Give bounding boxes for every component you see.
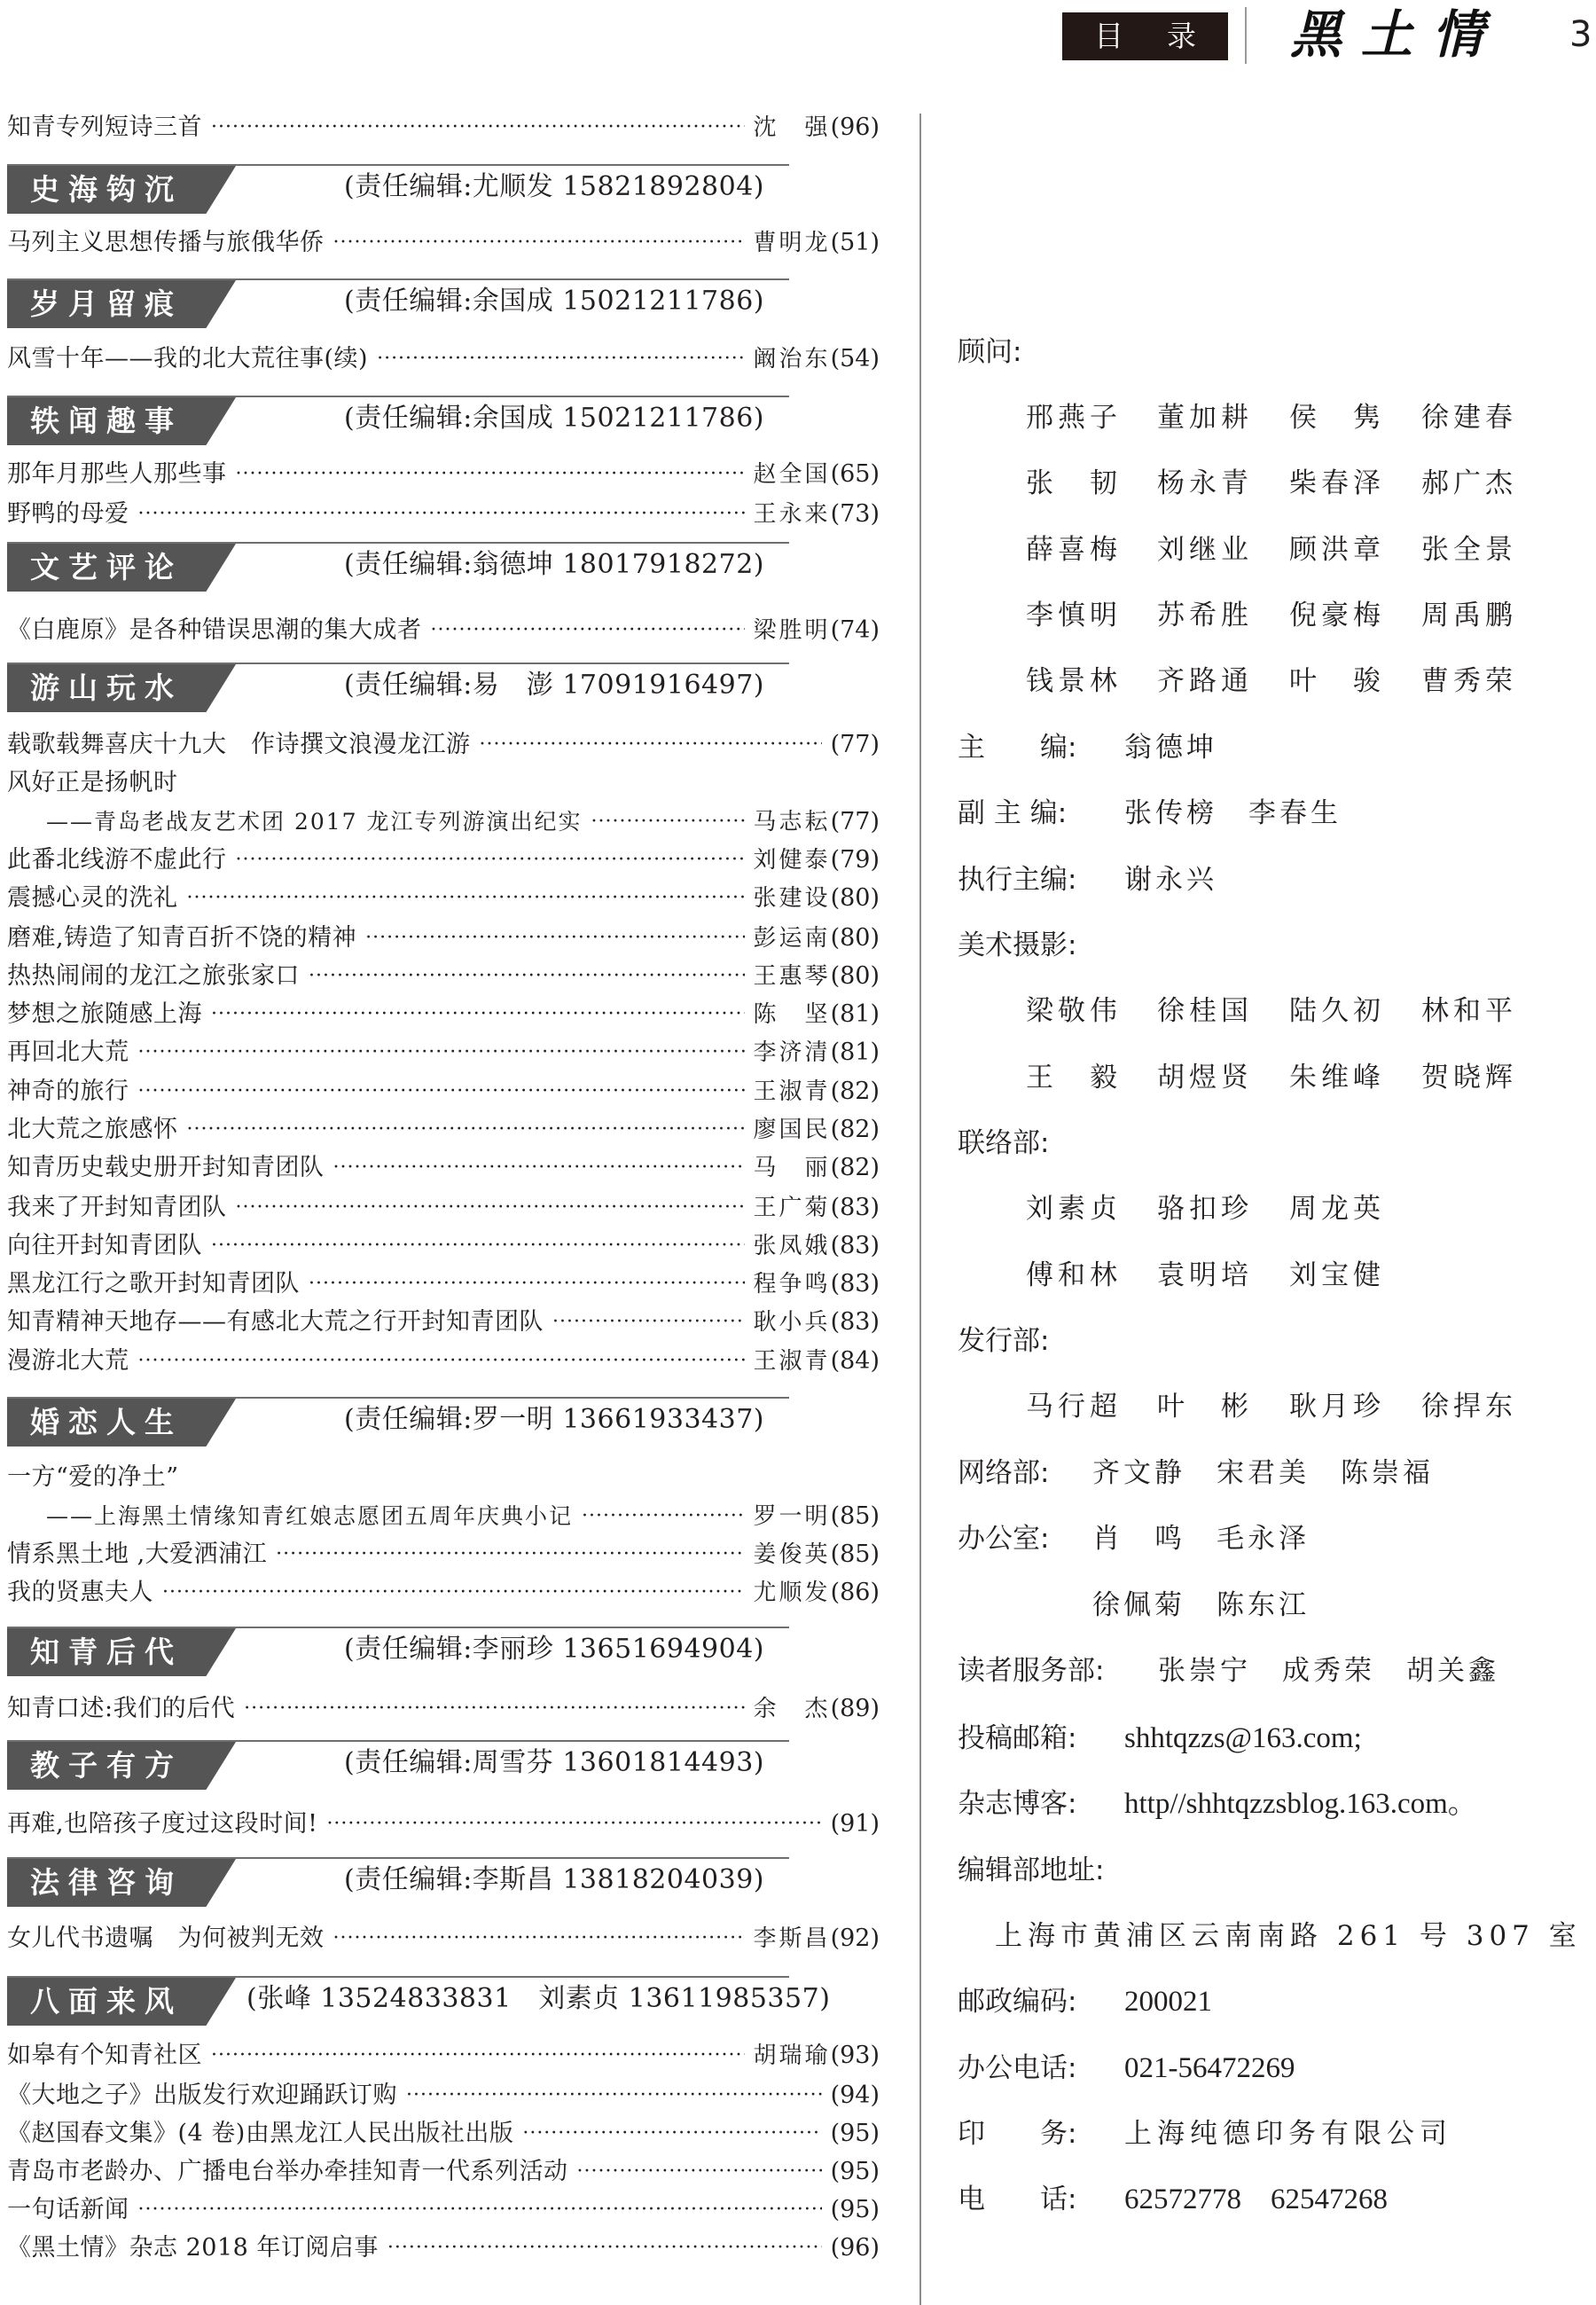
entry-author: 王淑青 (754, 1074, 831, 1109)
address-label: 编辑部地址: (958, 1851, 1104, 1890)
page-number: 3 (1569, 12, 1592, 57)
leader-dots (582, 1499, 745, 1534)
office-phone-label: 办公电话: (958, 2049, 1076, 2088)
section-header: 法律咨询 (7, 1859, 236, 1907)
leader-dots (211, 2038, 745, 2074)
submission-email-label: 投稿邮箱: (958, 1719, 1076, 1758)
reader-service-label: 读者服务部: (958, 1651, 1104, 1690)
section-rule (7, 542, 789, 544)
section-editor: (责任编辑:李丽珍 13651694904) (344, 1630, 764, 1669)
network-label: 网络部: (958, 1454, 1049, 1493)
entry-author: 彭运南 (754, 921, 831, 956)
leader-dots (591, 804, 745, 840)
entry-author: 陈 坚 (754, 997, 831, 1032)
art-photo-name: 王 毅 (1026, 1058, 1122, 1097)
entry-author: 赵全国 (754, 457, 831, 492)
entry-page: (95) (831, 2192, 880, 2228)
leader-dots (138, 2192, 822, 2228)
leader-dots (211, 1228, 745, 1264)
toc-entry[interactable]: 那年月那些人那些事赵全国(65) (7, 457, 880, 492)
section-rule (7, 1627, 789, 1628)
section-title: 教子有方 (30, 1747, 183, 1784)
toc-entry[interactable]: 一句话新闻(95) (7, 2192, 880, 2228)
entry-author: 马志耘 (754, 804, 831, 840)
entry-page: (80) (831, 921, 880, 956)
column-divider (919, 114, 921, 2305)
entry-page: (83) (831, 1266, 880, 1302)
toc-entry[interactable]: 神奇的旅行王淑青(82) (7, 1074, 880, 1109)
entry-page: (83) (831, 1190, 880, 1226)
section-title: 轶闻趣事 (30, 403, 183, 440)
advisor-name: 薛喜梅 (1026, 530, 1122, 569)
office-phone: 021-56472269 (1124, 2049, 1295, 2088)
advisors-label: 顾问: (958, 333, 1021, 372)
toc-entry[interactable]: 风好正是扬帆时 (7, 765, 880, 801)
art-photo-name: 胡煜贤 (1157, 1058, 1253, 1097)
entry-title: 《黑土情》杂志 2018 年订阅启事 (7, 2231, 379, 2266)
entry-author: 尤顺发 (754, 1575, 831, 1611)
leader-dots (552, 1305, 745, 1340)
leader-dots (138, 497, 745, 532)
liaison-name: 袁明培 (1157, 1256, 1253, 1295)
section-header: 八面来风 (7, 1978, 236, 2026)
entry-title: 神奇的旅行 (7, 1074, 129, 1109)
section-title: 岁月留痕 (30, 286, 183, 323)
entry-author: 罗一明 (754, 1499, 831, 1534)
toc-entry[interactable]: 漫游北大荒王淑青(84) (7, 1344, 880, 1379)
toc-entry[interactable]: 情系黑土地 ,大爱洒浦江姜俊英(85) (7, 1537, 880, 1572)
entry-author: 阚治东 (754, 341, 831, 377)
section-header: 文艺评论 (7, 544, 236, 592)
section-title: 婚恋人生 (30, 1404, 183, 1441)
advisor-name: 邢燕子 (1026, 398, 1122, 437)
section-header: 知青后代 (7, 1628, 236, 1676)
entry-page: (80) (831, 881, 880, 916)
entry-title: 风雪十年——我的北大荒往事(续) (7, 341, 368, 377)
entry-page: (73) (831, 497, 880, 532)
toc-entry[interactable]: 《大地之子》出版发行欢迎踊跃订购(94) (7, 2078, 880, 2113)
section-editor: (责任编辑:易 澎 17091916497) (344, 666, 764, 705)
leader-dots (162, 1575, 745, 1611)
entry-page: (81) (831, 997, 880, 1032)
section-rule (7, 1397, 789, 1399)
leader-dots (480, 727, 822, 763)
phone-label: 电 话: (958, 2180, 1076, 2219)
entry-page: (96) (831, 2231, 880, 2266)
toc-entry[interactable]: 磨难,铸造了知青百折不饶的精神彭运南(80) (7, 921, 880, 956)
entry-page: (96) (831, 110, 880, 145)
phone: 62572778 62547268 (1124, 2180, 1388, 2219)
entry-title: 风好正是扬帆时 (7, 765, 178, 801)
leader-dots (138, 1074, 745, 1109)
entry-page: (65) (831, 457, 880, 492)
toc-entry[interactable]: 向往开封知青团队张凤娥(83) (7, 1228, 880, 1264)
leader-dots (522, 2116, 821, 2152)
section-title: 游山玩水 (30, 670, 183, 707)
entry-title: 热热闹闹的龙江之旅张家口 (7, 959, 300, 994)
deputy-editors: 张传榜 李春生 (1124, 794, 1342, 833)
leader-dots (309, 959, 745, 994)
entry-page: (89) (831, 1691, 880, 1727)
toc-entry[interactable]: 女儿代书遗嘱 为何被判无效李斯昌(92) (7, 1921, 880, 1956)
toc-entry[interactable]: ——上海黑土情缘知青红娘志愿团五周年庆典小记罗一明(85) (7, 1499, 880, 1534)
advisor-name: 侯 隽 (1289, 398, 1385, 437)
advisor-name: 周禹鹏 (1421, 596, 1517, 635)
toc-entry[interactable]: 再回北大荒李济清(81) (7, 1035, 880, 1070)
section-rule (7, 1740, 789, 1742)
advisor-name: 张全景 (1421, 530, 1517, 569)
entry-page: (82) (831, 1150, 880, 1186)
leader-dots (333, 1921, 745, 1956)
entry-title: 《大地之子》出版发行欢迎踊跃订购 (7, 2078, 397, 2113)
toc-entry[interactable]: 再难,也陪孩子度过这段时间!(91) (7, 1807, 880, 1842)
entry-title: 黑龙江行之歌开封知青团队 (7, 1266, 300, 1302)
entry-author: 廖国民 (754, 1112, 831, 1148)
section-editor: (责任编辑:李斯昌 13818204039) (344, 1861, 764, 1900)
entry-author: 余 杰 (754, 1691, 831, 1727)
toc-entry[interactable]: 梦想之旅随感上海陈 坚(81) (7, 997, 880, 1032)
entry-title: 此番北线游不虚此行 (7, 843, 227, 878)
toc-entry[interactable]: 一方“爱的净土” (7, 1460, 880, 1495)
section-header: 岁月留痕 (7, 280, 236, 328)
liaison-name: 傅和林 (1026, 1256, 1122, 1295)
section-title: 文艺评论 (30, 549, 183, 586)
entry-page: (80) (831, 959, 880, 994)
section-editor: (责任编辑:余国成 15021211786) (344, 282, 764, 321)
entry-page: (84) (831, 1344, 880, 1379)
entry-page: (82) (831, 1112, 880, 1148)
liaison-name: 刘素贞 (1026, 1189, 1122, 1228)
network-names: 齐文静 宋君美 陈崇福 (1092, 1454, 1434, 1493)
submission-email[interactable]: shhtqzzs@163.com; (1124, 1719, 1362, 1758)
entry-page: (77) (831, 727, 880, 763)
entry-title: 漫游北大荒 (7, 1344, 129, 1379)
art-photo-name: 贺晓辉 (1421, 1058, 1517, 1097)
entry-title: 一句话新闻 (7, 2192, 129, 2228)
section-rule (7, 662, 789, 664)
header-divider (1245, 7, 1247, 64)
section-title: 八面来风 (30, 1983, 183, 2020)
toc-entry[interactable]: 载歌载舞喜庆十九大 作诗撰文浪漫龙江游(77) (7, 727, 880, 763)
entry-author: 王永来 (754, 497, 831, 532)
entry-author: 梁胜明 (754, 613, 831, 648)
entry-title: 女儿代书遗嘱 为何被判无效 (7, 1921, 325, 1956)
toc-entry[interactable]: 知青历史载史册开封知青团队马 丽(82) (7, 1150, 880, 1186)
office-label: 办公室: (958, 1519, 1049, 1558)
toc-entry[interactable]: 《赵国春文集》(4 卷)由黑龙江人民出版社出版(95) (7, 2116, 880, 2152)
liaison-name: 刘宝健 (1289, 1256, 1385, 1295)
leader-dots (377, 341, 744, 377)
advisor-name: 叶 骏 (1289, 662, 1385, 701)
entry-author: 姜俊英 (754, 1537, 831, 1572)
entry-page: (83) (831, 1228, 880, 1264)
section-editor: (责任编辑:尤顺发 15821892804) (344, 168, 764, 207)
leader-dots (431, 613, 745, 648)
section-header: 教子有方 (7, 1742, 236, 1790)
entry-title: 载歌载舞喜庆十九大 作诗撰文浪漫龙江游 (7, 727, 471, 763)
liaison-label: 联络部: (958, 1124, 1049, 1163)
entry-title: 再回北大荒 (7, 1035, 129, 1070)
section-editor: (责任编辑:周雪芬 13601814493) (344, 1744, 764, 1783)
entry-page: (91) (831, 1807, 880, 1842)
entry-author: 胡瑞瑜 (754, 2038, 831, 2074)
toc-entry[interactable]: 我来了开封知青团队王广菊(83) (7, 1190, 880, 1226)
toc-entry[interactable]: 热热闹闹的龙江之旅张家口王惠琴(80) (7, 959, 880, 994)
advisor-name: 曹秀荣 (1421, 662, 1517, 701)
office-names-2: 徐佩菊 陈东江 (1092, 1586, 1310, 1625)
entry-title: 知青专列短诗三首 (7, 110, 202, 145)
entry-title: ——上海黑土情缘知青红娘志愿团五周年庆典小记 (7, 1499, 573, 1534)
entry-title: 向往开封知青团队 (7, 1228, 202, 1264)
liaison-name: 周龙英 (1289, 1189, 1385, 1228)
entry-author: 王淑青 (754, 1344, 831, 1379)
section-title: 史海钩沉 (30, 171, 183, 208)
section-editor: (责任编辑:余国成 15021211786) (344, 399, 764, 438)
entry-page: (93) (831, 2038, 880, 2074)
entry-author: 马 丽 (754, 1150, 831, 1186)
advisor-name: 董加耕 (1157, 398, 1253, 437)
distribution-name: 马行超 (1026, 1387, 1122, 1426)
entry-page: (92) (831, 1921, 880, 1956)
toc-header-box: 目 录 (1062, 12, 1228, 60)
leader-dots (333, 1150, 745, 1186)
postcode: 200021 (1124, 1982, 1212, 2021)
toc-entry[interactable]: 风雪十年——我的北大荒往事(续)阚治东(54) (7, 341, 880, 377)
toc-header-char-1: 目 (1094, 20, 1123, 53)
art-photo-name: 徐桂国 (1157, 992, 1253, 1031)
section-editor: (张峰 13524833831 刘素贞 13611985357) (246, 1980, 830, 2019)
deputy-editor-label: 副 主 编: (958, 794, 1067, 833)
entry-author: 张凤娥 (754, 1228, 831, 1264)
address: 上海市黄浦区云南南路 261 号 307 室 (995, 1917, 1582, 1956)
section-title: 法律咨询 (30, 1864, 183, 1901)
entry-title: 《赵国春文集》(4 卷)由黑龙江人民出版社出版 (7, 2116, 513, 2152)
entry-page: (81) (831, 1035, 880, 1070)
leader-dots (577, 2154, 822, 2190)
entry-title: 再难,也陪孩子度过这段时间! (7, 1807, 317, 1842)
entry-title: 那年月那些人那些事 (7, 457, 227, 492)
blog-url[interactable]: http//shhtqzzsblog.163.com。 (1124, 1784, 1477, 1823)
section-header: 游山玩水 (7, 664, 236, 712)
leader-dots (236, 457, 745, 492)
section-header: 婚恋人生 (7, 1399, 236, 1447)
liaison-name: 骆扣珍 (1157, 1189, 1253, 1228)
entry-author: 曹明龙 (754, 225, 831, 261)
toc-entry[interactable]: 青岛市老龄办、广播电台举办牵挂知青一代系列活动(95) (7, 2154, 880, 2190)
leader-dots (187, 1112, 745, 1148)
entry-title: 知青精神天地存——有感北大荒之行开封知青团队 (7, 1305, 544, 1340)
leader-dots (236, 1190, 745, 1226)
entry-title: 如皋有个知青社区 (7, 2038, 202, 2074)
entry-author: 李斯昌 (754, 1921, 831, 1956)
section-rule (7, 1857, 789, 1859)
entry-page: (77) (831, 804, 880, 840)
entry-title: 知青历史载史册开封知青团队 (7, 1150, 325, 1186)
entry-page: (95) (831, 2154, 880, 2190)
leader-dots (138, 1344, 745, 1379)
entry-title: ——青岛老战友艺术团 2017 龙江专列游演出纪实 (7, 804, 583, 840)
section-editor: (责任编辑:罗一明 13661933437) (344, 1400, 764, 1439)
advisor-name: 倪豪梅 (1289, 596, 1385, 635)
distribution-label: 发行部: (958, 1321, 1049, 1360)
entry-title: 北大荒之旅感怀 (7, 1112, 178, 1148)
entry-title: 我的贤惠夫人 (7, 1575, 153, 1611)
toc-entry[interactable]: 《黑土情》杂志 2018 年订阅启事(96) (7, 2231, 880, 2266)
leader-dots (333, 225, 745, 261)
leader-dots (236, 843, 745, 878)
entry-author: 程争鸣 (754, 1266, 831, 1302)
entry-title: 青岛市老龄办、广播电台举办牵挂知青一代系列活动 (7, 2154, 568, 2190)
leader-dots (211, 997, 745, 1032)
toc-entry[interactable]: 《白鹿原》是各种错误思潮的集大成者梁胜明(74) (7, 613, 880, 648)
section-rule (7, 278, 789, 280)
entry-title: 磨难,铸造了知青百折不饶的精神 (7, 921, 356, 956)
entry-page: (85) (831, 1537, 880, 1572)
entry-title: 我来了开封知青团队 (7, 1190, 227, 1226)
entry-page: (86) (831, 1575, 880, 1611)
entry-page: (94) (831, 2078, 880, 2113)
distribution-name: 叶 彬 (1157, 1387, 1253, 1426)
art-photo-name: 梁敬伟 (1026, 992, 1122, 1031)
toc-entry[interactable]: 震撼心灵的洗礼张建设(80) (7, 881, 880, 916)
leader-dots (387, 2231, 822, 2266)
toc-entry[interactable]: 我的贤惠夫人尤顺发(86) (7, 1575, 880, 1611)
toc-entry[interactable]: 黑龙江行之歌开封知青团队程争鸣(83) (7, 1266, 880, 1302)
entry-page: (79) (831, 843, 880, 878)
section-rule (7, 164, 789, 166)
advisor-name: 苏希胜 (1157, 596, 1253, 635)
entry-author: 李济清 (754, 1035, 831, 1070)
reader-service-names: 张崇宁 成秀荣 胡关鑫 (1158, 1651, 1499, 1690)
entry-page: (83) (831, 1305, 880, 1340)
section-rule (7, 1976, 789, 1978)
entry-author: 王广菊 (754, 1190, 831, 1226)
advisor-name: 杨永青 (1157, 464, 1253, 503)
leader-dots (326, 1807, 821, 1842)
advisor-name: 李慎明 (1026, 596, 1122, 635)
art-photo-name: 陆久初 (1289, 992, 1385, 1031)
advisor-name: 张 韧 (1026, 464, 1122, 503)
toc-entry[interactable]: 知青口述:我们的后代余 杰(89) (7, 1691, 880, 1727)
section-header: 史海钩沉 (7, 166, 236, 214)
toc-entry[interactable]: 马列主义思想传播与旅俄华侨曹明龙(51) (7, 225, 880, 261)
entry-title: 一方“爱的净土” (7, 1460, 179, 1495)
entry-page: (54) (831, 341, 880, 377)
toc-entry[interactable]: 知青专列短诗三首沈 强(96) (7, 110, 880, 145)
entry-title: 马列主义思想传播与旅俄华侨 (7, 225, 325, 261)
advisor-name: 郝广杰 (1421, 464, 1517, 503)
executive-editor: 谢永兴 (1124, 860, 1217, 899)
toc-entry[interactable]: ——青岛老战友艺术团 2017 龙江专列游演出纪实马志耘(77) (7, 804, 880, 840)
entry-title: 梦想之旅随感上海 (7, 997, 202, 1032)
art-photo-name: 朱维峰 (1289, 1058, 1385, 1097)
entry-author: 沈 强 (754, 110, 831, 145)
advisor-name: 刘继业 (1157, 530, 1253, 569)
toc-header-char-2: 录 (1167, 20, 1196, 53)
entry-title: 情系黑土地 ,大爱洒浦江 (7, 1537, 267, 1572)
leader-dots (365, 921, 744, 956)
toc-entry[interactable]: 如皋有个知青社区胡瑞瑜(93) (7, 2038, 880, 2074)
entry-page: (85) (831, 1499, 880, 1534)
blog-label: 杂志博客: (958, 1784, 1076, 1823)
leader-dots (211, 110, 745, 145)
entry-title: 震撼心灵的洗礼 (7, 881, 178, 916)
entry-title: 野鸭的母爱 (7, 497, 129, 532)
leader-dots (406, 2078, 822, 2113)
toc-entry[interactable]: 北大荒之旅感怀廖国民(82) (7, 1112, 880, 1148)
entry-title: 《白鹿原》是各种错误思潮的集大成者 (7, 613, 422, 648)
chief-editor-label: 主 编: (958, 728, 1076, 767)
printer: 上海纯德印务有限公司 (1124, 2114, 1452, 2153)
entry-page: (51) (831, 225, 880, 261)
distribution-name: 徐捍东 (1421, 1387, 1517, 1426)
toc-entry[interactable]: 野鸭的母爱王永来(73) (7, 497, 880, 532)
advisor-name: 徐建春 (1421, 398, 1517, 437)
section-title: 知青后代 (30, 1634, 183, 1671)
advisor-name: 顾洪章 (1289, 530, 1385, 569)
entry-page: (95) (831, 2116, 880, 2152)
entry-author: 王惠琴 (754, 959, 831, 994)
leader-dots (276, 1537, 744, 1572)
section-rule (7, 396, 789, 397)
art-photo-label: 美术摄影: (958, 926, 1076, 965)
toc-entry[interactable]: 此番北线游不虚此行刘健泰(79) (7, 843, 880, 878)
section-header: 轶闻趣事 (7, 397, 236, 445)
leader-dots (187, 881, 745, 916)
postcode-label: 邮政编码: (958, 1982, 1076, 2021)
art-photo-name: 林和平 (1421, 992, 1517, 1031)
entry-author: 张建设 (754, 881, 831, 916)
advisor-name: 齐路通 (1157, 662, 1253, 701)
leader-dots (244, 1691, 744, 1727)
printer-label: 印 务: (958, 2114, 1076, 2153)
entry-author: 耿小兵 (754, 1305, 831, 1340)
leader-dots (138, 1035, 745, 1070)
magazine-logo: 黑土情 (1290, 5, 1503, 64)
entry-author: 刘健泰 (754, 843, 831, 878)
toc-entry[interactable]: 知青精神天地存——有感北大荒之行开封知青团队耿小兵(83) (7, 1305, 880, 1340)
entry-page: (82) (831, 1074, 880, 1109)
advisor-name: 柴春泽 (1289, 464, 1385, 503)
distribution-name: 耿月珍 (1289, 1387, 1385, 1426)
leader-dots (309, 1266, 745, 1302)
executive-editor-label: 执行主编: (958, 860, 1076, 899)
entry-page: (74) (831, 613, 880, 648)
section-editor: (责任编辑:翁德坤 18017918272) (344, 545, 764, 584)
advisor-name: 钱景林 (1026, 662, 1122, 701)
office-names-1: 肖 鸣 毛永泽 (1092, 1519, 1310, 1558)
entry-title: 知青口述:我们的后代 (7, 1691, 235, 1727)
chief-editor: 翁德坤 (1124, 728, 1217, 767)
